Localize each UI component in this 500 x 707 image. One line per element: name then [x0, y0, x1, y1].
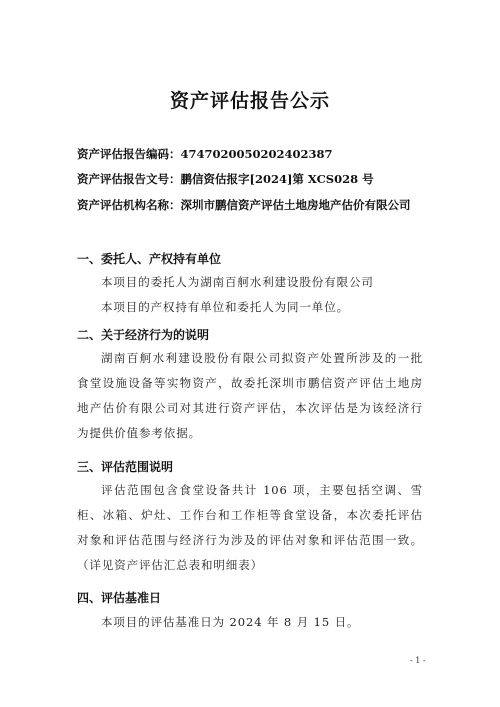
section-3-paragraph-1: 评估范围包含食堂设备共计 106 项，主要包括空调、雪柜、冰箱、炉灶、工作台和工… — [77, 478, 423, 578]
report-code-line: 资产评估报告编码：4747020050202402387 — [77, 146, 333, 162]
report-number-label: 资产评估报告文号： — [77, 172, 181, 186]
section-2-heading: 二、关于经济行为的说明 — [77, 326, 209, 343]
section-1-heading: 一、委托人、产权持有单位 — [77, 250, 221, 267]
section-4-heading: 四、评估基准日 — [77, 589, 161, 606]
agency-name-value: 深圳市鹏信资产评估土地房地产估价有限公司 — [181, 198, 411, 212]
section-1-paragraph-1: 本项目的委托人为湖南百舸水利建设股份有限公司 — [77, 270, 423, 295]
report-number-value: 鹏信资估报字[2024]第 XCS028 号 — [181, 172, 374, 186]
report-number-line: 资产评估报告文号：鹏信资估报字[2024]第 XCS028 号 — [77, 171, 374, 187]
agency-name-label: 资产评估机构名称： — [77, 198, 181, 212]
section-4-paragraph-1: 本项目的评估基准日为 2024 年 8 月 15 日。 — [77, 610, 423, 635]
document-page: 资产评估报告公示 资产评估报告编码：4747020050202402387 资产… — [0, 0, 500, 707]
document-title: 资产评估报告公示 — [0, 86, 500, 113]
section-2-paragraph-1: 湖南百舸水利建设股份有限公司拟资产处置所涉及的一批食堂设施设备等实物资产，故委托… — [77, 346, 423, 446]
report-code-label: 资产评估报告编码： — [77, 147, 181, 161]
section-1-paragraph-2: 本项目的产权持有单位和委托人为同一单位。 — [77, 295, 423, 320]
section-3-heading: 三、评估范围说明 — [77, 458, 173, 475]
report-code-value: 4747020050202402387 — [181, 147, 333, 161]
agency-name-line: 资产评估机构名称：深圳市鹏信资产评估土地房地产估价有限公司 — [77, 197, 411, 213]
page-number: - 1 - — [410, 656, 426, 665]
